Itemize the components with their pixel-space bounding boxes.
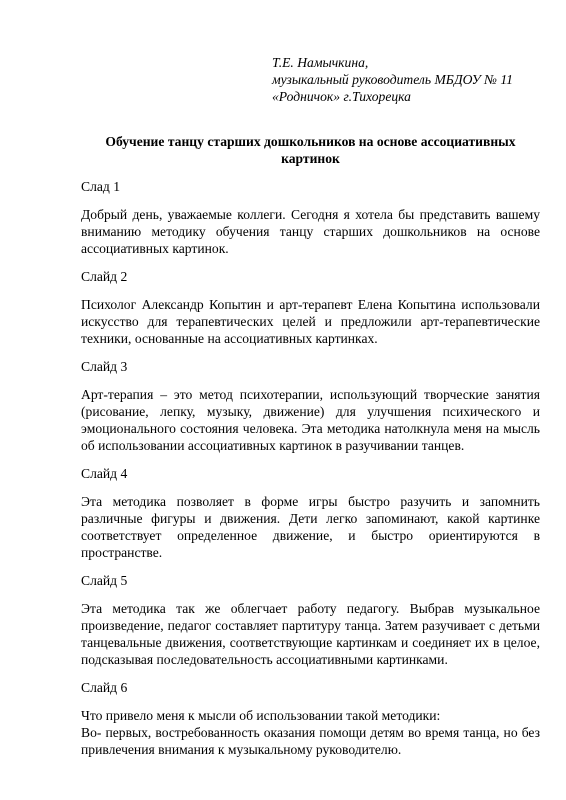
slide-section-3: Слайд 3 Арт-терапия – это метод психотер… <box>81 358 540 454</box>
slide-section-4: Слайд 4 Эта методика позволяет в форме и… <box>81 465 540 561</box>
author-position: музыкальный руководитель МБДОУ № 11 <box>272 71 540 88</box>
slide-label-3: Слайд 3 <box>81 358 540 375</box>
slide-section-2: Слайд 2 Психолог Александр Копытин и арт… <box>81 268 540 347</box>
slide-paragraph-6: Что привело меня к мысли об использовани… <box>81 707 540 758</box>
slide-label-2: Слайд 2 <box>81 268 540 285</box>
slide-paragraph-3: Арт-терапия – это метод психотерапии, ис… <box>81 386 540 454</box>
slide-label-1: Слад 1 <box>81 178 540 195</box>
slide-paragraph-5: Эта методика так же облегчает работу пед… <box>81 600 540 668</box>
slide-section-1: Слад 1 Добрый день, уважаемые коллеги. С… <box>81 178 540 257</box>
author-organization: «Родничок» г.Тихорецка <box>272 88 540 105</box>
document-title: Обучение танцу старших дошкольников на о… <box>81 133 540 167</box>
slide-paragraph-1: Добрый день, уважаемые коллеги. Сегодня … <box>81 206 540 257</box>
slide-label-4: Слайд 4 <box>81 465 540 482</box>
slide-section-5: Слайд 5 Эта методика так же облегчает ра… <box>81 572 540 668</box>
document-page: Т.Е. Намычкина, музыкальный руководитель… <box>0 0 566 800</box>
slide-label-5: Слайд 5 <box>81 572 540 589</box>
slide-6-firstly-line: Во- первых, востребованность оказания по… <box>81 724 540 758</box>
slide-paragraph-4: Эта методика позволяет в форме игры быст… <box>81 493 540 561</box>
slide-section-6: Слайд 6 Что привело меня к мысли об испо… <box>81 679 540 758</box>
slide-label-6: Слайд 6 <box>81 679 540 696</box>
slide-paragraph-2: Психолог Александр Копытин и арт-терапев… <box>81 296 540 347</box>
author-block: Т.Е. Намычкина, музыкальный руководитель… <box>272 54 540 105</box>
slide-6-intro-line: Что привело меня к мысли об использовани… <box>81 707 540 724</box>
author-name: Т.Е. Намычкина, <box>272 54 540 71</box>
